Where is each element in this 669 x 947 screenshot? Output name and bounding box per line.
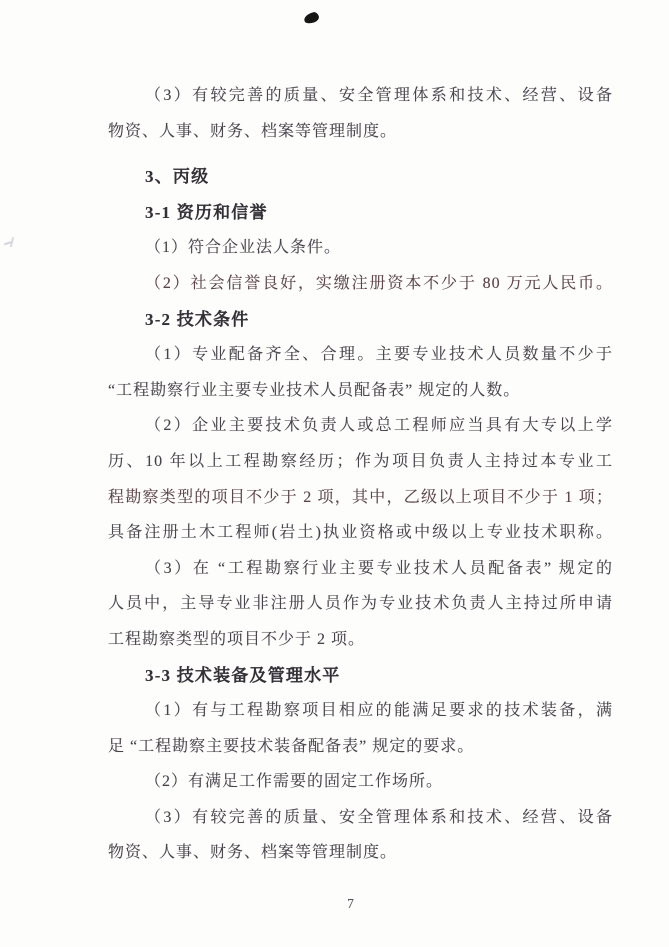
paragraph-line: 具备注册土木工程师(岩土)执业资格或中级以上专业技术职称。 (108, 515, 613, 551)
paragraph-line: 人员中，主导专业非注册人员作为专业技术负责人主持过所申请 (108, 586, 613, 622)
paragraph-line: 足 “工程勘察主要技术装备配备表” 规定的要求。 (108, 729, 613, 765)
paragraph-line: （2）企业主要技术负责人或总工程师应当具有大专以上学 (108, 408, 613, 444)
heading-3-1-qualification-credit: 3-1 资历和信誉 (108, 195, 613, 231)
paragraph-line: （1）有与工程勘察项目相应的能满足要求的技术装备，满 (108, 693, 613, 729)
paragraph-line: （3）有较完善的质量、安全管理体系和技术、经营、设备 (108, 78, 613, 114)
page-number: 7 (108, 886, 613, 922)
paragraph-line: （1）专业配备齐全、合理。主要专业技术人员数量不少于 (108, 337, 613, 373)
paragraph-line: （1）符合企业法人条件。 (108, 230, 613, 266)
heading-grade-c: 3、丙级 (108, 159, 613, 195)
ink-blot-mark (303, 11, 320, 25)
paragraph-line: （2）有满足工作需要的固定工作场所。 (108, 764, 613, 800)
document-body: （3）有较完善的质量、安全管理体系和技术、经营、设备 物资、人事、财务、档案等管… (108, 78, 613, 922)
paragraph-line: 历、10 年以上工程勘察经历；作为项目负责人主持过本专业工 (108, 444, 613, 480)
paragraph-line: （3）有较完善的质量、安全管理体系和技术、经营、设备 (108, 800, 613, 836)
paragraph-line: 工程勘察类型的项目不少于 2 项。 (108, 622, 613, 658)
paragraph-line: （2）社会信誉良好，实缴注册资本不少于 80 万元人民币。 (108, 266, 613, 302)
scanned-document-page: （3）有较完善的质量、安全管理体系和技术、经营、设备 物资、人事、财务、档案等管… (0, 0, 669, 947)
paragraph-line: “工程勘察行业主要专业技术人员配备表” 规定的人数。 (108, 373, 613, 409)
paragraph-line: 程勘察类型的项目不少于 2 项，其中，乙级以上项目不少于 1 项； (108, 480, 613, 516)
heading-3-2-technical-conditions: 3-2 技术条件 (108, 302, 613, 338)
paragraph-line: 物资、人事、财务、档案等管理制度。 (108, 835, 613, 871)
margin-smudge-mark (2, 236, 18, 250)
paragraph-line: （3）在 “工程勘察行业主要专业技术人员配备表” 规定的 (108, 551, 613, 587)
heading-3-3-equipment-management: 3-3 技术装备及管理水平 (108, 658, 613, 694)
paragraph-line: 物资、人事、财务、档案等管理制度。 (108, 114, 613, 150)
